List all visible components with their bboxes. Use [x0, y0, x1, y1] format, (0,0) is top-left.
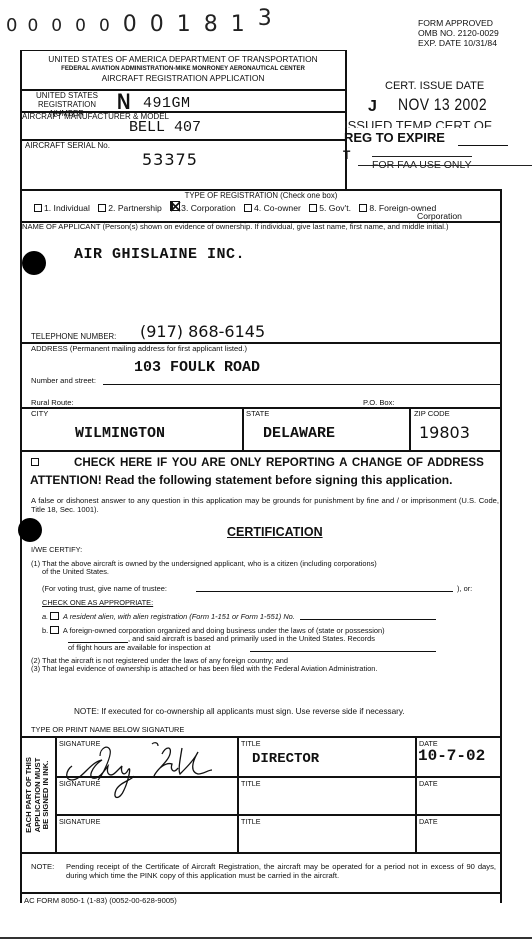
title-label: TITLE [241, 739, 261, 748]
option-a: a. A resident alien, with alien registra… [42, 612, 295, 622]
attention-title: ATTENTION! Read the following statement … [30, 473, 452, 487]
cert-stamp-prefix: J [368, 98, 377, 116]
cert-issue-date-label: CERT. ISSUE DATE [385, 80, 484, 92]
form-right-border [500, 190, 502, 903]
checkbox-checked-x-icon[interactable] [170, 201, 180, 211]
doc-digit: 1 [231, 12, 245, 37]
option-label-line2: Corporation [417, 211, 462, 221]
option-a-checkbox[interactable] [50, 612, 59, 620]
doc-digit: 0 [75, 16, 86, 36]
address-label: ADDRESS (Permanent mailing address for f… [31, 344, 247, 353]
street-label: Number and street: [31, 376, 96, 385]
manufacturer-value: BELL 407 [129, 119, 201, 136]
omb-approval: FORM APPROVED OMB NO. 2120-0029 EXP. DAT… [418, 18, 499, 48]
doc-digit: 0 [27, 16, 38, 36]
option-prefix: b. [42, 626, 48, 635]
registration-type-govt[interactable]: 5. Gov't. [309, 203, 351, 213]
trustee-field[interactable] [196, 591, 453, 592]
serial-label: AIRCRAFT SERIAL No. [25, 141, 110, 150]
divider [55, 736, 57, 852]
checkbox[interactable] [359, 204, 367, 212]
punch-hole [22, 251, 46, 275]
doc-digit: 0 [123, 12, 137, 37]
registration-type-co-owner[interactable]: 4. Co-owner [244, 203, 301, 213]
divider [20, 450, 502, 452]
doc-digit: 0 [51, 16, 62, 36]
certification-title: CERTIFICATION [227, 525, 323, 539]
punch-hole [18, 518, 42, 542]
expire-blank [458, 145, 508, 146]
checkbox[interactable] [309, 204, 317, 212]
street-blank[interactable] [103, 384, 500, 385]
footer-note-text: Pending receipt of the Certificate of Ai… [66, 862, 496, 881]
cert-issue-stamp-date: NOV 13 2002 [398, 95, 487, 115]
signature-header: TYPE OR PRINT NAME BELOW SIGNATURE [31, 725, 184, 734]
registration-type-individual[interactable]: 1. Individual [34, 203, 90, 213]
footer-note-label: NOTE: [31, 862, 54, 871]
serial-value: 53375 [142, 150, 198, 169]
form-header: UNITED STATES OF AMERICA DEPARTMENT OF T… [20, 50, 346, 90]
zip-value: 19803 [419, 423, 470, 442]
check-one-label: CHECK ONE AS APPROPRIATE: [42, 598, 153, 608]
doc-digit: 8 [204, 12, 218, 37]
attention-text: A false or dishonest answer to any quest… [31, 496, 499, 514]
option-b-checkbox[interactable] [50, 626, 59, 634]
title-value: DIRECTOR [252, 751, 319, 767]
doc-digit: 1 [177, 12, 191, 37]
registration-type-options: 1. Individual 2. Partnership 3. Corporat… [34, 201, 436, 213]
doc-digit: 3 [258, 6, 272, 31]
street-value: 103 FOULK ROAD [134, 359, 260, 376]
faa-strike-line [358, 165, 532, 166]
header-line2: FEDERAL AVIATION ADMINISTRATION-MIKE MON… [20, 65, 346, 72]
temp-cert-line2: REG TO EXPIRE [344, 130, 445, 145]
registration-type-title: TYPE OF REGISTRATION (Check one box) [20, 191, 502, 200]
applicant-name-value: AIR GHISLAINE INC. [74, 246, 245, 263]
doc-digit: 0 [99, 16, 110, 36]
form-id: AC FORM 8050-1 (1-83) (0052-00-628-9005) [24, 896, 177, 905]
date-label: DATE [419, 779, 438, 788]
title-label: TITLE [241, 817, 261, 826]
divider [409, 407, 411, 451]
inspection-location-field[interactable] [250, 651, 436, 652]
date-value: 10-7-02 [418, 747, 485, 765]
t-mark: T [343, 148, 350, 162]
certify-item3: (3) That legal evidence of ownership is … [31, 664, 377, 674]
divider [237, 736, 239, 852]
omb-line: EXP. DATE 10/31/84 [418, 38, 499, 48]
checkbox[interactable] [244, 204, 252, 212]
sign-in-ink-label: EACH PART OF THIS APPLICATION MUST BE SI… [22, 740, 54, 850]
telephone-label: TELEPHONE NUMBER: [31, 332, 116, 341]
doc-digit: 0 [150, 12, 164, 37]
signature-label: SIGNATURE [59, 817, 100, 826]
divider [242, 407, 244, 451]
page-edge [0, 937, 532, 939]
option-prefix: a. [42, 612, 48, 621]
omb-line: OMB NO. 2120-0029 [418, 28, 499, 38]
option-label: 2. Partnership [108, 203, 162, 213]
checkbox[interactable] [98, 204, 106, 212]
change-of-address-checkbox[interactable] [31, 458, 39, 466]
temp-cert-line1: ISSUED TEMP CERT OF [344, 118, 492, 128]
signature-label: SIGNATURE [59, 779, 100, 788]
trustee-suffix: ), or: [457, 584, 472, 594]
zip-label: ZIP CODE [414, 409, 450, 418]
handwritten-signature-icon [62, 740, 232, 810]
header-line1: UNITED STATES OF AMERICA DEPARTMENT OF T… [20, 54, 346, 64]
change-of-address-label: CHECK HERE IF YOU ARE ONLY REPORTING A C… [74, 456, 484, 469]
option-a-text: A resident alien, with alien registratio… [63, 612, 295, 621]
city-value: WILMINGTON [75, 425, 165, 442]
doc-digit: 0 [6, 15, 17, 36]
signature-1-field[interactable] [62, 740, 232, 815]
coownership-note: NOTE: If executed for co-ownership all a… [74, 707, 405, 716]
alien-number-field[interactable] [300, 619, 436, 620]
title-label: TITLE [241, 779, 261, 788]
certify-item1-line2: of the United States. [42, 567, 109, 577]
registration-type-corporation[interactable]: 3. Corporation [170, 203, 235, 213]
side-label-line: BE SIGNED IN INK. [42, 757, 51, 833]
trustee-label: (For voting trust, give name of trustee: [42, 584, 167, 594]
faa-over-line [372, 156, 472, 157]
divider [20, 736, 502, 738]
po-box-label: P.O. Box: [363, 398, 395, 407]
registration-number-value: 491GM [143, 95, 191, 112]
state-value: DELAWARE [263, 425, 335, 442]
date-label: DATE [419, 817, 438, 826]
document-number: 00000001813 [6, 12, 285, 37]
telephone-value: (917) 868-6145 [140, 322, 265, 341]
divider [415, 736, 417, 852]
rural-route-label: Rural Route: [31, 398, 74, 407]
option-label: 3. Corporation [181, 203, 235, 213]
divider [20, 852, 502, 854]
header-line3: AIRCRAFT REGISTRATION APPLICATION [20, 73, 346, 83]
checkbox[interactable] [34, 204, 42, 212]
city-label: CITY [31, 409, 48, 418]
registration-type-partnership[interactable]: 2. Partnership [98, 203, 162, 213]
certify-intro: I/WE CERTIFY: [31, 545, 82, 554]
option-b-line3: of flight hours are available for inspec… [68, 643, 211, 653]
divider [20, 892, 502, 894]
option-label: 5. Gov't. [319, 203, 351, 213]
state-label: STATE [246, 409, 269, 418]
applicant-label: NAME OF APPLICANT (Person(s) shown on ev… [22, 222, 497, 231]
option-label: 1. Individual [44, 203, 90, 213]
omb-line: FORM APPROVED [418, 18, 499, 28]
label: UNITED STATES [22, 91, 112, 100]
option-label: 4. Co-owner [254, 203, 301, 213]
